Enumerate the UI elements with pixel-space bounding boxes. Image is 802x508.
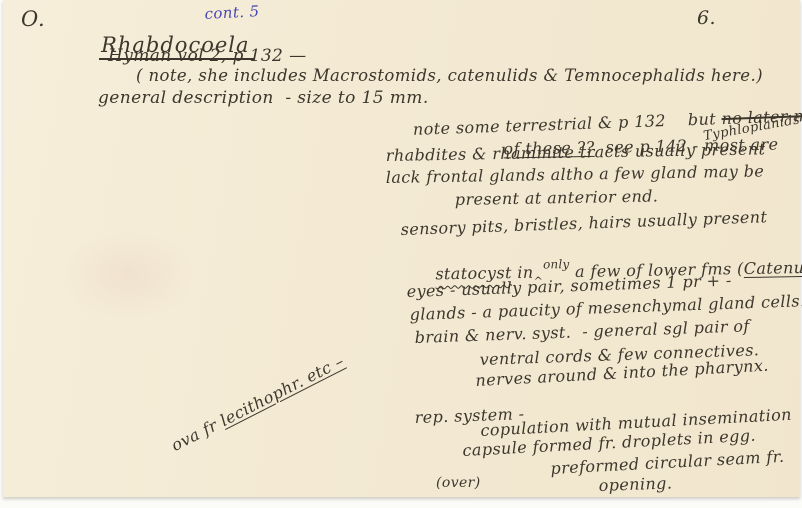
opening-line: opening.: [598, 474, 672, 494]
ova-underlined-text: lecithophr. etc –: [217, 351, 347, 430]
page-number: 6.: [697, 8, 716, 29]
over-note: (over): [436, 476, 481, 491]
only-insertion: only: [543, 257, 570, 271]
anterior-line: present at anterior end.: [455, 187, 659, 208]
frontal-glands-line: lack frontal glands altho a few gland ma…: [386, 162, 765, 186]
ova-lead-text: ova fr: [168, 413, 225, 455]
includes-note-line: ( note, she includes Macrostomids, caten…: [136, 67, 763, 85]
ova-marginal-annotation: ova fr lecithophr. etc –: [131, 336, 355, 485]
scan-background: O. Rhabdocoela cont. 5 6. Hyman vol 2, p…: [0, 0, 802, 508]
catenula-underlined: Catenula: [744, 257, 802, 277]
reference-line: Hyman vol 2, p 132 —: [108, 47, 306, 66]
sensory-line: sensory pits, bristles, hairs usually pr…: [400, 208, 767, 238]
index-card: O. Rhabdocoela cont. 5 6. Hyman vol 2, p…: [3, 0, 800, 497]
order-prefix: O.: [21, 8, 46, 31]
continuation-note: cont. 5: [204, 3, 260, 22]
ink-bleedthrough-smudge: [63, 230, 193, 320]
